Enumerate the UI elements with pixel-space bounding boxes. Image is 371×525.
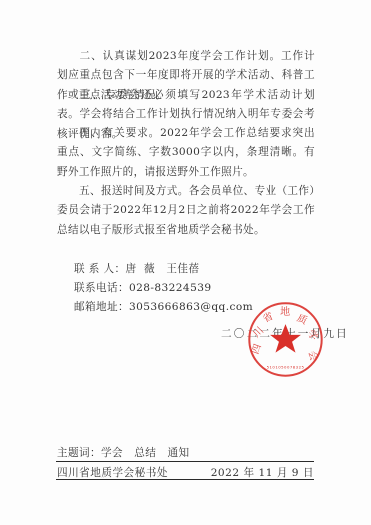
svg-text:学: 学 bbox=[305, 327, 321, 343]
footer-date: 2022 年 11 月 9 日 bbox=[211, 465, 314, 480]
footer-rule-top bbox=[56, 461, 314, 462]
document-page: 二、认真谋划2023年度学会工作计划。工作计划应重点包含下一年度即将开展的学术活… bbox=[0, 0, 371, 525]
contact-email: 邮箱地址：3053666863@qq.com bbox=[74, 299, 253, 314]
paragraph-item-5: 五、报送时间及方式。各会员单位、专业（工作）委员会请于2022年12月2日之前将… bbox=[57, 182, 315, 240]
contact-person-label: 联 系 人： bbox=[74, 263, 126, 275]
contact-phone-label: 联系电话： bbox=[74, 282, 129, 294]
official-seal-icon: 四 川 省 地 质 学 会 5101050078325 bbox=[247, 301, 324, 378]
footer-issuer: 四川省地质学会秘书处 bbox=[57, 465, 168, 480]
paragraph-text: 四、有关要求。2022年学会工作总结要求突出重点、文字简练、字数3000字以内，… bbox=[57, 127, 315, 178]
footer-rule-bottom bbox=[56, 479, 314, 480]
contact-person: 联 系 人：唐 薇 王佳蓓 bbox=[74, 261, 199, 276]
svg-text:质: 质 bbox=[295, 311, 310, 327]
paragraph-text: 五、报送时间及方式。各会员单位、专业（工作）委员会请于2022年12月2日之前将… bbox=[57, 185, 315, 236]
contact-email-label: 邮箱地址： bbox=[74, 301, 129, 313]
contact-phone: 联系电话：028-83224539 bbox=[74, 280, 212, 295]
svg-text:川: 川 bbox=[251, 325, 267, 341]
contact-email-value: 3053666863@qq.com bbox=[129, 301, 253, 313]
contact-phone-value: 028-83224539 bbox=[129, 282, 212, 294]
svg-text:5101050078325: 5101050078325 bbox=[267, 365, 305, 370]
paragraph-item-4: 四、有关要求。2022年学会工作总结要求突出重点、文字简练、字数3000字以内，… bbox=[57, 124, 315, 182]
svg-text:会: 会 bbox=[306, 349, 321, 362]
keywords-line: 主题词：学会 总结 通知 bbox=[57, 445, 190, 460]
contact-person-value: 唐 薇 王佳蓓 bbox=[126, 263, 200, 275]
svg-text:地: 地 bbox=[280, 305, 290, 318]
